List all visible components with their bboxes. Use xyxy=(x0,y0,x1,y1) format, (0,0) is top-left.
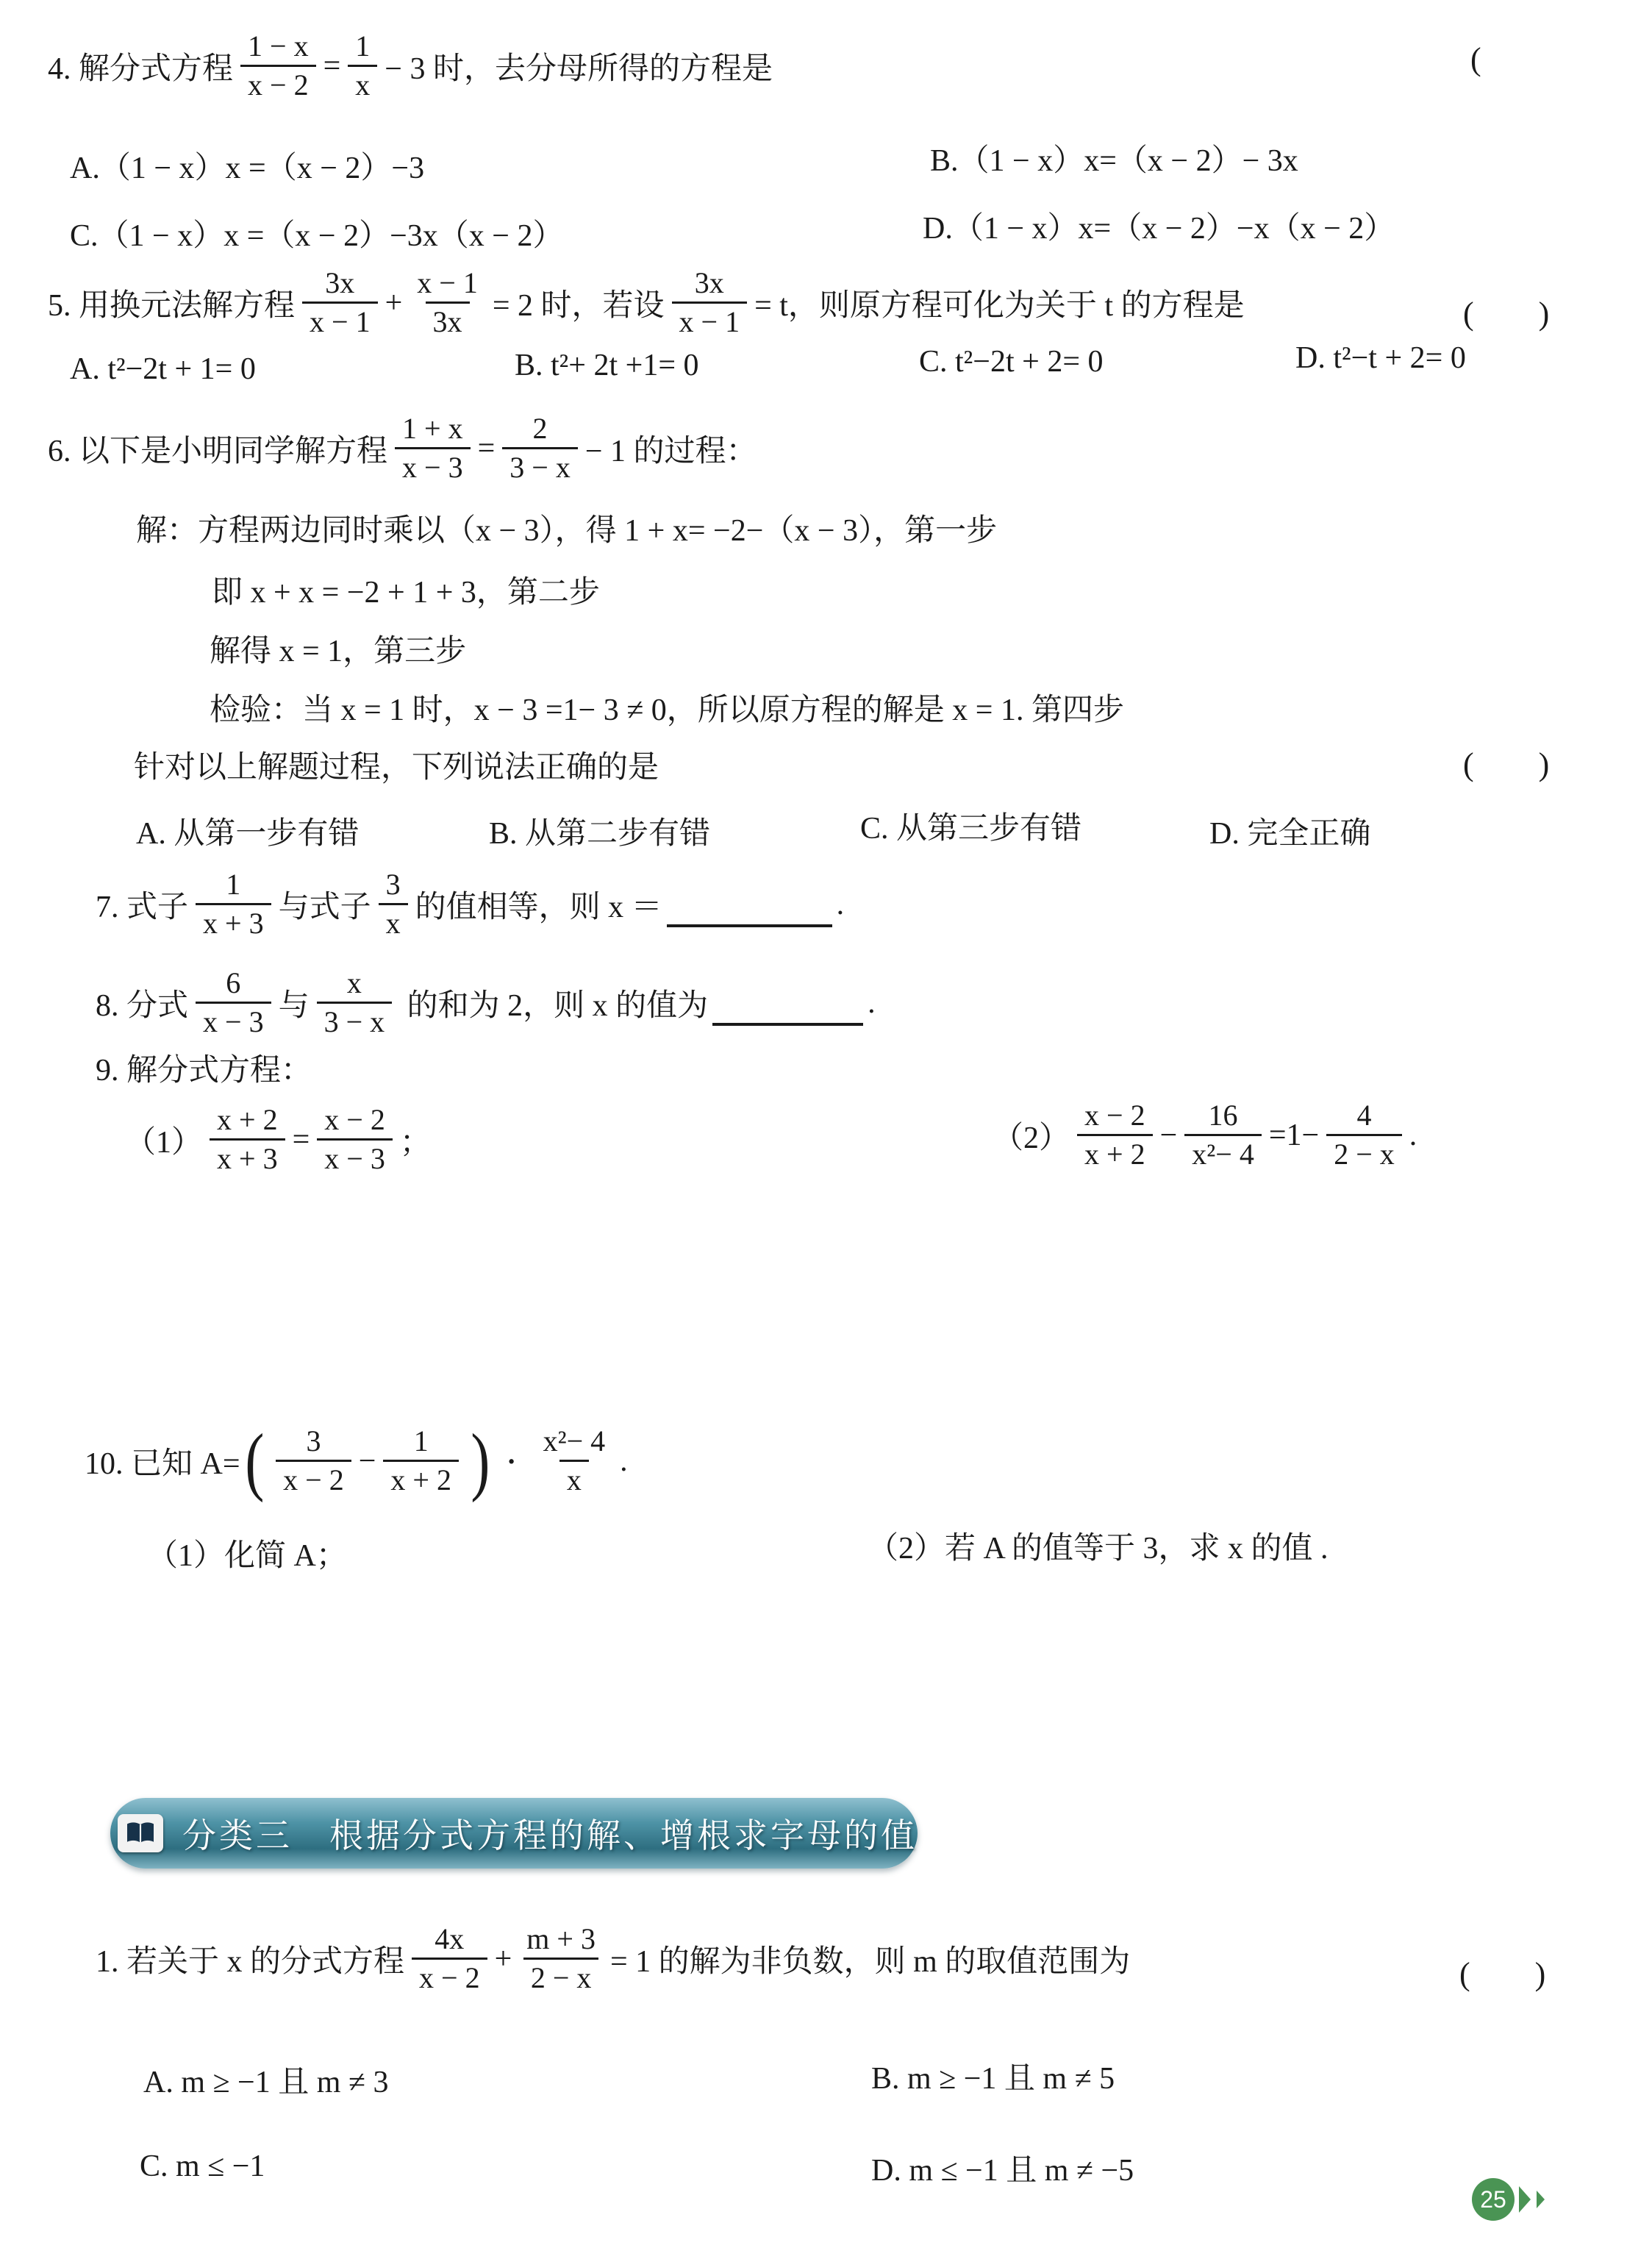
question-4-text: 4. 解分式方程 xyxy=(48,44,233,88)
fraction: x − 2x + 2 xyxy=(1077,1097,1153,1173)
fraction: 3xx − 1 xyxy=(302,265,378,340)
option-5a: A. t²−2t + 1= 0 xyxy=(70,351,256,387)
part-label: （2） xyxy=(993,1113,1070,1157)
question-4-text: − 3 时，去分母所得的方程是 xyxy=(385,44,773,88)
fraction-denominator: x + 3 xyxy=(196,903,271,942)
option-5c: C. t²−2t + 2= 0 xyxy=(919,344,1104,379)
question-9-part2: （2） x − 2x + 2 − 16x²− 4 =1− 42 − x . xyxy=(993,1097,1417,1173)
period: . xyxy=(837,887,845,922)
arrow-icon xyxy=(1519,2186,1531,2213)
fraction: 4xx − 2 xyxy=(412,1921,487,1996)
question-4-stem: 4. 解分式方程 1 − xx − 2 = 1x − 3 时，去分母所得的方程是 xyxy=(48,28,773,104)
option-6b: B. 从第二步有错 xyxy=(489,809,710,853)
question-10-part2: （2）若 A 的值等于 3，求 x 的值 . xyxy=(868,1524,1329,1568)
period: . xyxy=(868,985,876,1021)
semicolon: ； xyxy=(400,1118,431,1162)
fraction-denominator: 3x xyxy=(426,301,470,340)
fraction-denominator: x xyxy=(348,65,377,104)
fraction-denominator: x − 3 xyxy=(317,1138,393,1177)
fraction-denominator: x − 2 xyxy=(240,65,316,104)
question-6-text: 6. 以下是小明同学解方程 xyxy=(48,427,387,471)
fraction-denominator: x − 3 xyxy=(395,447,471,486)
option-4b: B.（1 − x）x=（x − 2）− 3x xyxy=(930,136,1298,180)
fraction: x − 2x − 3 xyxy=(317,1102,393,1177)
option-6d: D. 完全正确 xyxy=(1209,809,1370,853)
question-7-text: 7. 式子 xyxy=(96,882,188,927)
page-number-badge: 25 xyxy=(1472,2178,1545,2221)
fraction-denominator: x − 1 xyxy=(672,301,748,340)
fraction-numerator: 1 xyxy=(348,28,377,65)
fraction-numerator: 6 xyxy=(218,965,248,1002)
solution-step-3: 解得 x = 1，第三步 xyxy=(210,627,466,671)
worksheet-page: 4. 解分式方程 1 − xx − 2 = 1x − 3 时，去分母所得的方程是… xyxy=(0,0,1652,2259)
fraction-denominator: 2 − x xyxy=(523,1958,599,1996)
option-4a: A.（1 − x）x =（x − 2）−3 xyxy=(70,143,424,188)
fraction-numerator: 3 xyxy=(298,1423,328,1460)
fraction: 3xx − 1 xyxy=(672,265,748,340)
fraction: x3 − x xyxy=(317,965,393,1041)
fraction-numerator: 4x xyxy=(427,1921,471,1958)
question-7-stem: 7. 式子 1x + 3 与式子 3x 的值相等，则 x ＝ . xyxy=(96,866,844,942)
minus-sign: − xyxy=(1160,1118,1178,1153)
fraction-numerator: x − 1 xyxy=(410,265,485,301)
page-number: 25 xyxy=(1472,2178,1515,2221)
answer-bracket: ( ) xyxy=(1463,287,1549,334)
fraction: x − 13x xyxy=(410,265,485,340)
arrow-icon xyxy=(1537,2191,1545,2208)
fraction: x + 2x + 3 xyxy=(210,1102,285,1177)
question-8-text: 与 xyxy=(279,981,310,1025)
question-8-stem: 8. 分式 6x − 3 与 x3 − x 的和为 2，则 x 的值为 . xyxy=(96,965,876,1041)
fraction-numerator: x − 2 xyxy=(1077,1097,1153,1134)
question-7-text: 的值相等，则 x ＝ xyxy=(415,882,662,927)
section-banner: 分类三 根据分式方程的解、增根求字母的值 xyxy=(110,1798,918,1869)
fraction-numerator: x xyxy=(340,965,369,1002)
equals-sign: = xyxy=(293,1122,310,1157)
option-s1b: B. m ≥ −1 且 m ≠ 5 xyxy=(871,2054,1115,2098)
answer-bracket: ( xyxy=(1470,40,1481,78)
minus-sign: − xyxy=(359,1443,376,1479)
fraction-numerator: 16 xyxy=(1201,1097,1245,1134)
fraction: x²− 4x xyxy=(536,1423,613,1499)
option-6a: A. 从第一步有错 xyxy=(136,809,359,853)
answer-blank xyxy=(712,989,863,1026)
fraction: 1x + 2 xyxy=(383,1423,459,1499)
section-banner-title: 分类三 根据分式方程的解、增根求字母的值 xyxy=(182,1809,918,1857)
fraction-numerator: 1 − x xyxy=(240,28,316,65)
option-s1a: A. m ≥ −1 且 m ≠ 3 xyxy=(143,2058,388,2102)
answer-bracket: ( ) xyxy=(1459,1947,1545,1994)
fraction: 1 + xx − 3 xyxy=(395,410,471,486)
option-4c: C.（1 − x）x =（x − 2）−3x（x − 2） xyxy=(70,211,563,255)
plus-sign: + xyxy=(495,1941,512,1977)
fraction: 6x − 3 xyxy=(196,965,271,1041)
fraction: 1 − xx − 2 xyxy=(240,28,316,104)
question-text: = 1 的解为非负数，则 m 的取值范围为 xyxy=(610,1937,1130,1981)
fraction-numerator: x + 2 xyxy=(210,1102,285,1138)
solution-step-1: 解：方程两边同时乘以（x − 3），得 1 + x= −2−（x − 3），第一… xyxy=(136,506,997,550)
fraction-denominator: x + 3 xyxy=(210,1138,285,1177)
book-icon xyxy=(118,1814,163,1852)
option-6c: C. 从第三步有错 xyxy=(860,804,1081,848)
question-10-part1: （1）化简 A； xyxy=(147,1531,347,1575)
fraction-numerator: 3x xyxy=(318,265,362,301)
fraction: 16x²− 4 xyxy=(1184,1097,1262,1173)
fraction: 3x − 2 xyxy=(276,1423,351,1499)
fraction-denominator: x + 2 xyxy=(1077,1134,1153,1173)
option-5b: B. t²+ 2t +1= 0 xyxy=(515,348,699,383)
option-s1d: D. m ≤ −1 且 m ≠ −5 xyxy=(871,2146,1134,2190)
question-10-text: 10. 已知 A= xyxy=(85,1439,240,1483)
fraction: 1x + 3 xyxy=(196,866,271,942)
fraction: 1x xyxy=(348,28,377,104)
fraction: 42 − x xyxy=(1326,1097,1402,1173)
fraction-denominator: x²− 4 xyxy=(1184,1134,1262,1173)
question-5-text: = 2 时，若设 xyxy=(493,281,665,325)
fraction-numerator: 1 xyxy=(407,1423,436,1460)
fraction-numerator: 3x xyxy=(687,265,732,301)
question-8-text: 的和为 2，则 x 的值为 xyxy=(399,981,708,1025)
fraction-numerator: 2 xyxy=(526,410,555,447)
fraction-denominator: x − 2 xyxy=(412,1958,487,1996)
fraction-denominator: 3 − x xyxy=(317,1002,393,1041)
option-4d: D.（1 − x）x=（x − 2）−x（x − 2） xyxy=(923,204,1395,248)
fraction-denominator: 2 − x xyxy=(1326,1134,1402,1173)
question-10-stem: 10. 已知 A= ( 3x − 2 − 1x + 2 ) · x²− 4x . xyxy=(85,1423,628,1499)
fraction-numerator: 1 + x xyxy=(395,410,471,447)
fraction-numerator: x − 2 xyxy=(317,1102,393,1138)
fraction-numerator: 3 xyxy=(379,866,408,903)
option-s1c: C. m ≤ −1 xyxy=(140,2149,265,2184)
solution-step-2: 即 x + x = −2 + 1 + 3，第二步 xyxy=(212,568,600,612)
fraction: m + 32 − x xyxy=(519,1921,603,1996)
option-5d: D. t²−t + 2= 0 xyxy=(1295,340,1466,376)
fraction-denominator: x − 1 xyxy=(302,301,378,340)
part-label: （1） xyxy=(125,1118,202,1162)
question-9-head: 9. 解分式方程： xyxy=(96,1046,312,1090)
solution-step-4: 检验：当 x = 1 时，x − 3 =1− 3 ≠ 0，所以原方程的解是 x … xyxy=(210,685,1124,729)
question-8-text: 8. 分式 xyxy=(96,981,188,1025)
question-9-part1: （1） x + 2x + 3 = x − 2x − 3 ； xyxy=(125,1102,431,1177)
question-7-text: 与式子 xyxy=(279,882,371,927)
answer-blank xyxy=(667,891,832,927)
question-text: 1. 若关于 x 的分式方程 xyxy=(96,1937,404,1981)
answer-bracket: ( ) xyxy=(1463,738,1549,785)
question-5-text: = t，则原方程可化为关于 t 的方程是 xyxy=(754,281,1245,325)
equals-sign: = xyxy=(323,49,341,84)
fraction-numerator: 4 xyxy=(1349,1097,1379,1134)
fraction: 3x xyxy=(379,866,408,942)
fraction-denominator: x − 3 xyxy=(196,1002,271,1041)
fraction-denominator: x xyxy=(379,903,408,942)
question-6-stem: 6. 以下是小明同学解方程 1 + xx − 3 = 23 − x − 1 的过… xyxy=(48,410,757,486)
period: . xyxy=(1409,1118,1417,1153)
equals-sign: =1− xyxy=(1269,1118,1319,1153)
question-6-text: − 1 的过程： xyxy=(585,427,757,471)
section3-question-1-stem: 1. 若关于 x 的分式方程 4xx − 2 + m + 32 − x = 1 … xyxy=(96,1921,1130,1996)
period: . xyxy=(620,1443,628,1479)
question-5-text: 5. 用换元法解方程 xyxy=(48,281,295,325)
plus-sign: + xyxy=(385,285,403,321)
question-6-ask: 针对以上解题过程，下列说法正确的是 xyxy=(134,743,659,787)
fraction-numerator: 1 xyxy=(218,866,248,903)
equals-sign: = xyxy=(478,431,496,466)
fraction-numerator: x²− 4 xyxy=(536,1423,613,1460)
fraction-denominator: x + 2 xyxy=(383,1460,459,1499)
fraction-numerator: m + 3 xyxy=(519,1921,603,1958)
fraction: 23 − x xyxy=(502,410,578,486)
question-5-stem: 5. 用换元法解方程 3xx − 1 + x − 13x = 2 时，若设 3x… xyxy=(48,265,1245,340)
fraction-denominator: x xyxy=(559,1460,589,1499)
fraction-denominator: x − 2 xyxy=(276,1460,351,1499)
fraction-denominator: 3 − x xyxy=(502,447,578,486)
